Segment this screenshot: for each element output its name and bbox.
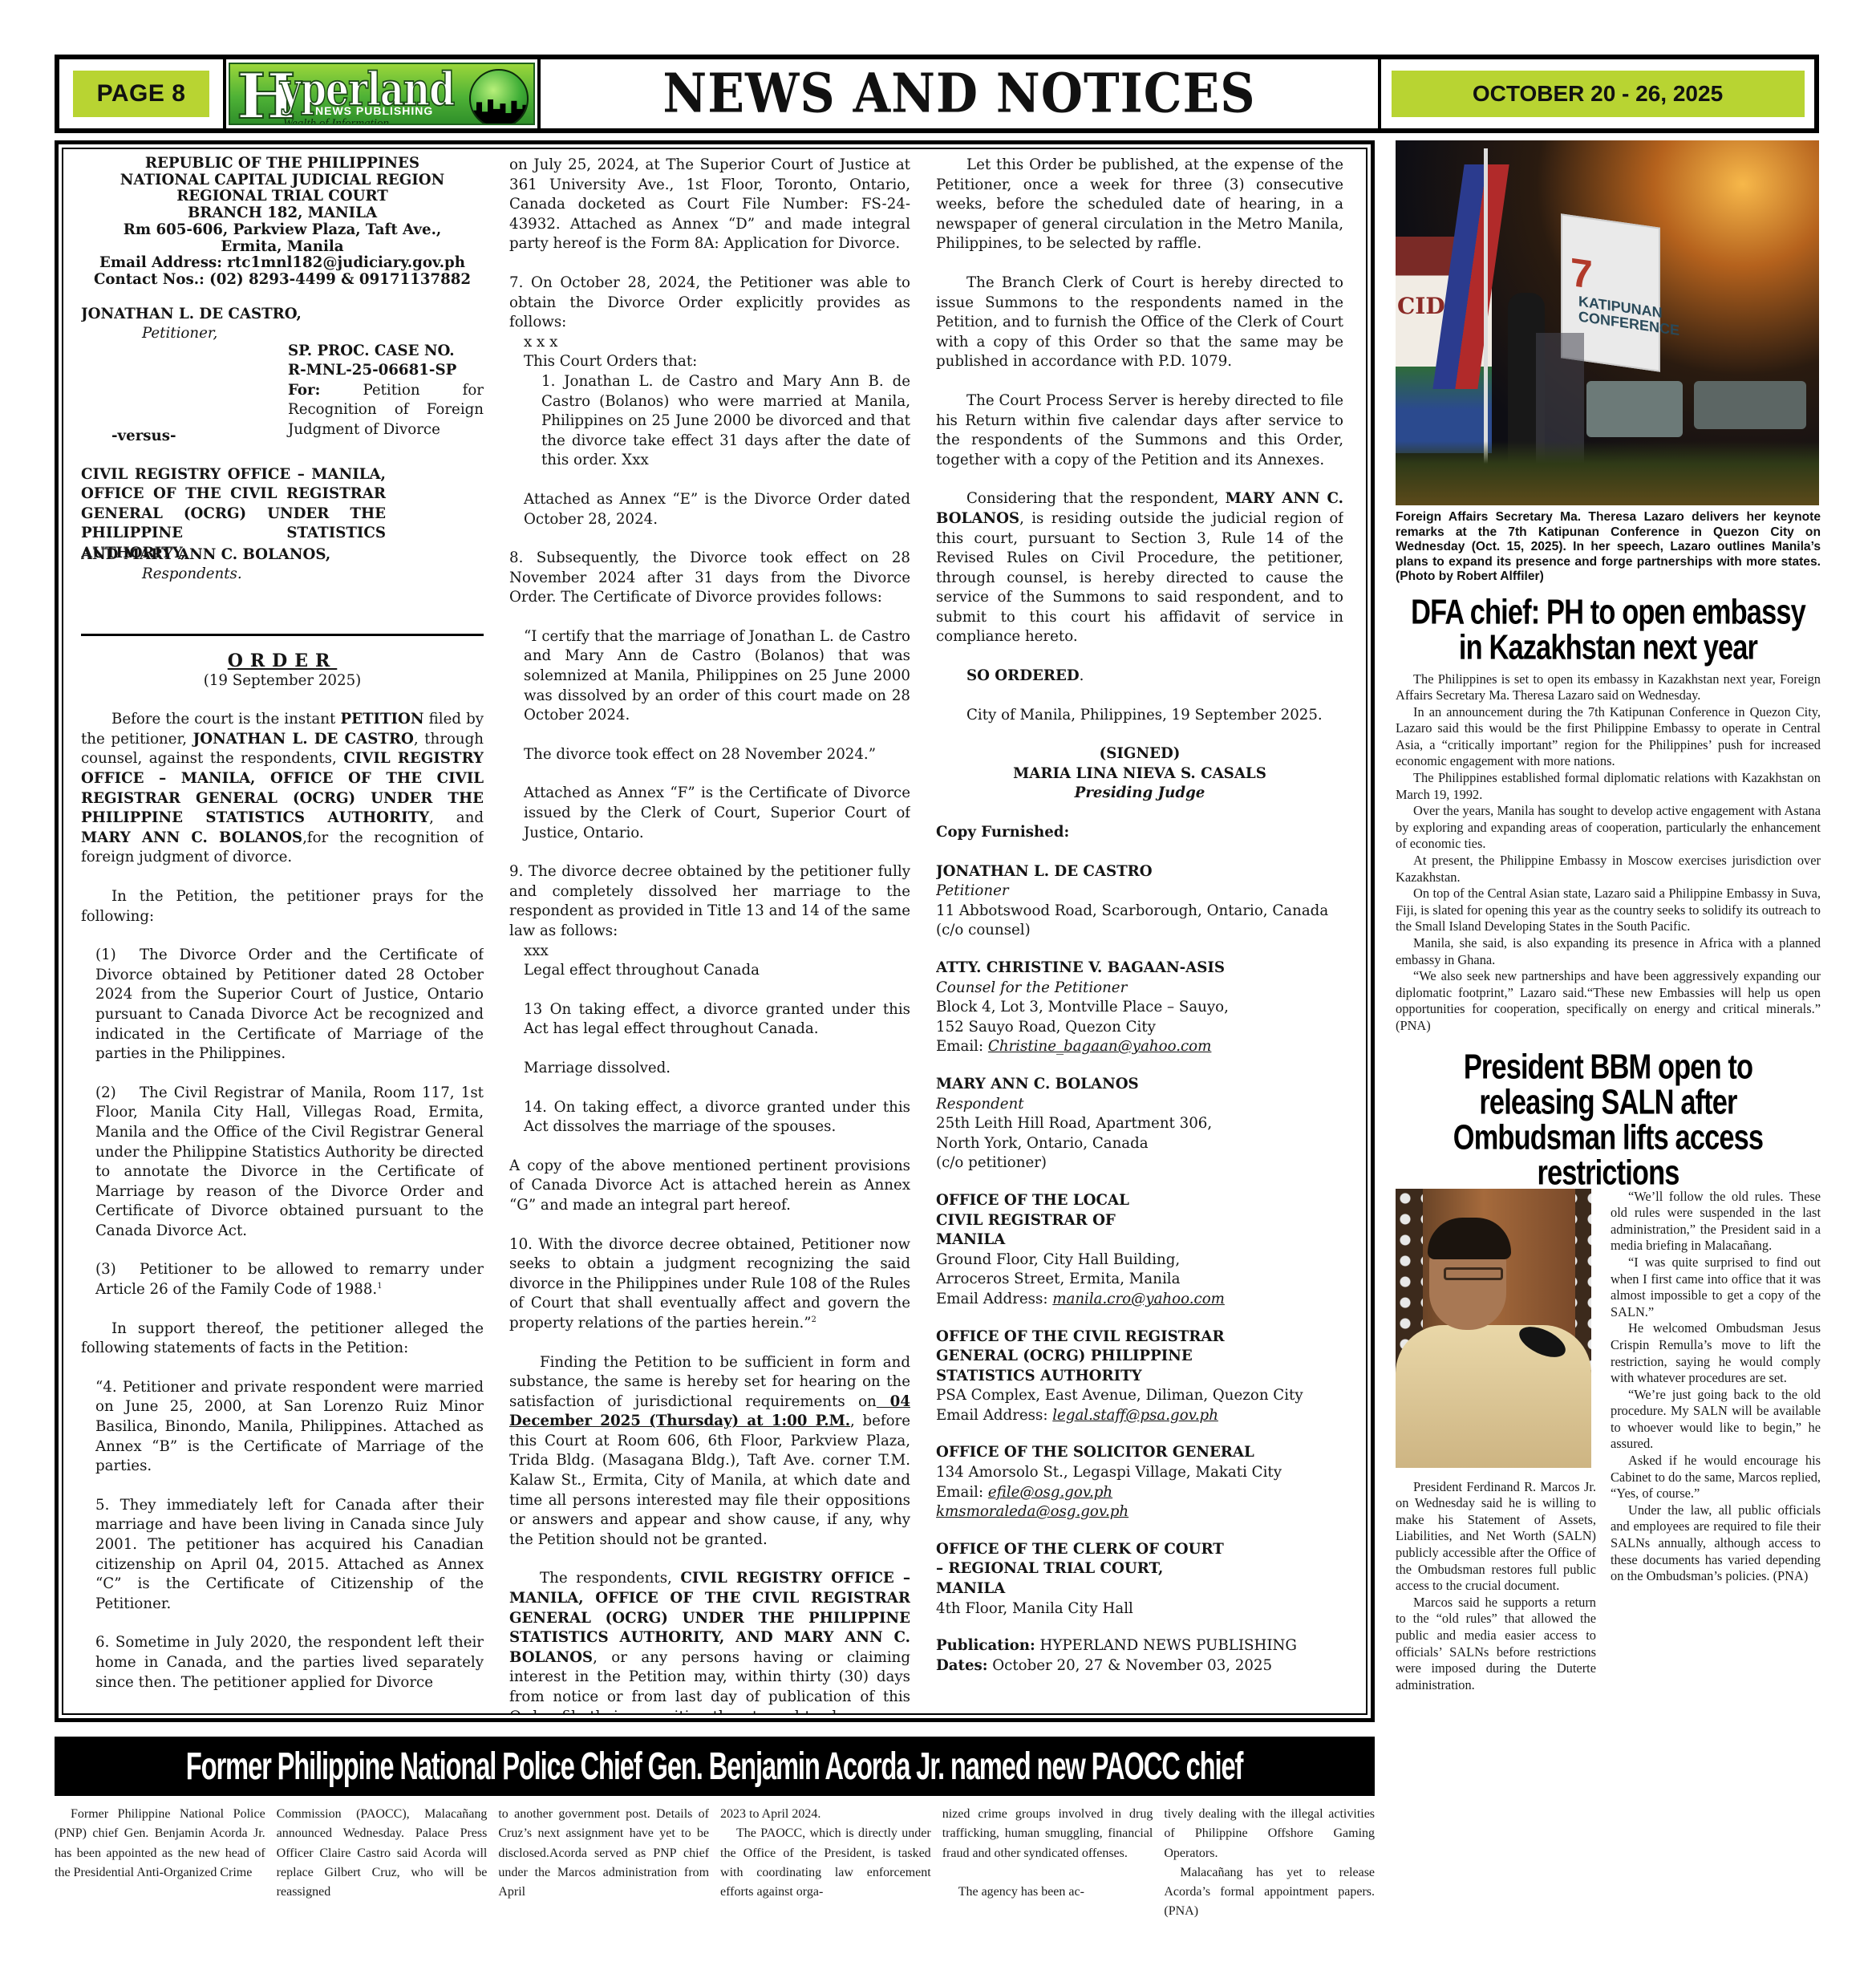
support-intro: In support thereof, the petitioner alleg… [81,1319,484,1359]
story-paragraph: Malacañang has yet to release Acorda’s f… [1164,1863,1375,1922]
story-paragraph: President Ferdinand R. Marcos Jr. on Wed… [1396,1479,1596,1595]
prayer-item: (2)The Civil Registrar of Manila, Room 1… [81,1084,484,1242]
story-paragraph: The Philippines is set to open its embas… [1396,671,1821,704]
page-number-cell: PAGE 8 [59,59,226,128]
fact-8-quote: “I certify that the marriage of Jonathan… [509,627,910,726]
court-header-line: BRANCH 182, MANILA [81,205,484,222]
fact-9-dissolved: Marriage dissolved. [509,1059,910,1079]
section-title-cell: NEWS AND NOTICES [541,59,1381,128]
publication-order-paragraph: Let this Order be published, at the expe… [936,156,1343,254]
case-subject-label: For: [288,382,320,399]
logo-subtitle: NEWS PUBLISHING [315,104,433,117]
annex-g: A copy of the above mentioned pertinent … [509,1157,910,1216]
story-paragraph: Asked if he would encourage his Cabinet … [1611,1453,1821,1502]
email-link[interactable]: manila.cro@yahoo.com [1052,1291,1225,1307]
paocc-column: tively dealing with the illegal activiti… [1164,1805,1375,1965]
fact-9: 9. The divorce decree obtained by the pe… [509,862,910,941]
fact-4: “4. Petitioner and private respondent we… [81,1378,484,1477]
fact-8: 8. Subsequently, the Divorce took effect… [509,549,910,608]
fact-6: 6. Sometime in July 2020, the respondent… [81,1633,484,1692]
publication-info: Publication: HYPERLAND NEWS PUBLISHING D… [936,1636,1343,1676]
hearing-paragraph: Finding the Petition to be sufficient in… [509,1353,910,1550]
story-paragraph: At present, the Philippine Embassy in Mo… [1396,853,1821,886]
fact-7-orders: This Court Orders that: [509,352,910,372]
case-number-label: SP. PROC. CASE NO. [288,342,484,362]
paocc-headline-banner[interactable]: Former Philippine National Police Chief … [55,1737,1375,1796]
dfa-headline[interactable]: DFA chief: PH to open embassy in Kazakhs… [1404,594,1811,665]
fact-6-continued: on July 25, 2024, at The Superior Court … [509,156,910,254]
fact-7-annex: Attached as Annex “E” is the Divorce Ord… [509,490,910,529]
court-header-line: NATIONAL CAPITAL JUDICIAL REGION [81,172,484,189]
notice-column-2: on July 25, 2024, at The Superior Court … [509,156,910,1713]
story-paragraph: The Philippines established formal diplo… [1396,770,1821,803]
footnote-marker: 1 [377,1282,382,1291]
paocc-column: Former Philippine National Police (PNP) … [55,1805,265,1965]
copy-furnished-entry: OFFICE OF THE LOCAL CIVIL REGISTRAR OF M… [936,1191,1343,1310]
case-subject: For: Petition for Recognition of Foreign… [288,381,484,440]
copy-furnished-entry: ATTY. CHRISTINE V. BAGAAN-ASIS Counsel f… [936,959,1343,1057]
photo-sofa [1586,381,1683,437]
fact-7-order-item: 1. Jonathan L. de Castro and Mary Ann B.… [509,372,910,471]
email-link[interactable]: kmsmoraleda@osg.gov.ph [936,1503,1128,1520]
bbm-story-body: President Ferdinand R. Marcos Jr. on Wed… [1396,1189,1821,1694]
story-paragraph: “We’ll follow the old rules. These old r… [1611,1189,1821,1255]
respondents-names-last: AND MARY ANN C. BOLANOS, [81,545,330,565]
judge-title: Presiding Judge [936,784,1343,804]
story-paragraph: Over the years, Manila has sought to dev… [1396,803,1821,853]
respondents-role: Respondents. [142,565,242,585]
story-paragraph: On top of the Central Asian state, Lazar… [1396,886,1821,935]
prayer-intro: In the Petition, the petitioner prays fo… [81,887,484,926]
petitioner-role: Petitioner, [142,324,217,344]
court-header-line: REPUBLIC OF THE PHILIPPINES [81,156,484,172]
story-paragraph: Manila, she said, is also expanding its … [1396,935,1821,968]
court-header-line: Rm 605-606, Parkview Plaza, Taft Ave., [81,222,484,239]
photo-glasses [1444,1267,1503,1280]
story-paragraph: nized crime groups involved in drug traf… [942,1805,1153,1863]
paocc-column: 2023 to April 2024. The PAOCC, which is … [720,1805,931,1965]
notice-column-1: REPUBLIC OF THE PHILIPPINES NATIONAL CAP… [81,156,484,1713]
legal-notice-inner: REPUBLIC OF THE PHILIPPINES NATIONAL CAP… [62,148,1367,1715]
versus-label: -versus- [111,427,176,447]
story-paragraph: Commission (PAOCC), Malacañang announced… [277,1805,488,1902]
bbm-left-text: President Ferdinand R. Marcos Jr. on Wed… [1396,1479,1596,1694]
email-link[interactable]: efile@osg.gov.ph [988,1484,1112,1501]
logo-background: H yperland NEWS PUBLISHING Wealth of Inf… [229,63,535,125]
story-paragraph: “I was quite surprised to find out when … [1611,1255,1821,1320]
paocc-headline: Former Philippine National Police Chief … [186,1744,1242,1788]
photo-foreground [1396,441,1819,505]
president-photo[interactable] [1396,1189,1591,1468]
footnote-marker: 2 [812,1315,816,1324]
story-paragraph: The PAOCC, which is directly under the O… [720,1824,931,1902]
signed-label: (SIGNED) [936,744,1343,764]
court-email: Email Address: rtc1mnl182@judiciary.gov.… [81,255,484,272]
story-paragraph: “We’re just going back to the old proced… [1611,1387,1821,1453]
story-paragraph: tively dealing with the illegal activiti… [1164,1805,1375,1863]
story-paragraph: In an announcement during the 7th Katipu… [1396,704,1821,770]
copy-furnished-entry: MARY ANN C. BOLANOS Respondent 25th Leit… [936,1075,1343,1173]
fact-7-ellipsis: x x x [509,333,910,353]
prayer-item: (1)The Divorce Order and the Certificate… [81,946,484,1064]
case-caption: JONATHAN L. DE CASTRO, Petitioner, SP. P… [81,305,484,634]
story-paragraph: The agency has been ac- [942,1883,1153,1902]
case-number-block: SP. PROC. CASE NO. R-MNL-25-06681-SP For… [288,342,484,440]
clerk-paragraph: The Branch Clerk of Court is hereby dire… [936,274,1343,372]
notice-column-3: Let this Order be published, at the expe… [936,156,1343,1713]
issue-date-badge: OCTOBER 20 - 26, 2025 [1392,71,1805,117]
process-server-paragraph: The Court Process Server is hereby direc… [936,391,1343,470]
news-sidebar: CIDS 7 KATIPUNAN CONFERENCE Foreign Affa… [1396,140,1821,1693]
bbm-headline[interactable]: President BBM open to releasing SALN aft… [1404,1049,1811,1190]
section-title: NEWS AND NOTICES [662,63,1255,125]
masthead: PAGE 8 H yperland NEWS PUBLISHING Wealth… [55,55,1819,133]
bbm-story-right-column: “We’ll follow the old rules. These old r… [1611,1189,1821,1694]
story-paragraph: Under the law, all public officials and … [1611,1502,1821,1585]
court-header: REPUBLIC OF THE PHILIPPINES NATIONAL CAP… [81,156,484,289]
logo-tagline: Wealth of Information [283,117,389,125]
prayer-item: (3)Petitioner to be allowed to remarry u… [81,1260,484,1299]
fact-9-section-13: 13 On taking effect, a divorce granted u… [509,1000,910,1040]
copy-furnished-entry: OFFICE OF THE CIVIL REGISTRAR GENERAL (O… [936,1328,1343,1426]
so-ordered: SO ORDERED. [936,667,1343,687]
legal-notice: REPUBLIC OF THE PHILIPPINES NATIONAL CAP… [55,140,1375,1722]
story-paragraph: Former Philippine National Police (PNP) … [55,1805,265,1883]
fact-7: 7. On October 28, 2024, the Petitioner w… [509,274,910,333]
copy-furnished-entry: OFFICE OF THE SOLICITOR GENERAL 134 Amor… [936,1443,1343,1522]
globe-city-icon [469,69,529,125]
photo-sofa [1694,381,1806,429]
respondents-paragraph: The respondents, CIVIL REGISTRY OFFICE –… [509,1569,910,1713]
email-link[interactable]: Christine_bagaan@yahoo.com [988,1038,1211,1055]
story-paragraph: 2023 to April 2024. [720,1805,931,1824]
publisher-logo[interactable]: H yperland NEWS PUBLISHING Wealth of Inf… [226,59,541,128]
bbm-story-left-column: President Ferdinand R. Marcos Jr. on Wed… [1396,1189,1596,1694]
fact-9-section-14: 14. On taking effect, a divorce granted … [509,1098,910,1137]
considering-paragraph: Considering that the respondent, MARY AN… [936,489,1343,647]
dfa-story-body: The Philippines is set to open its embas… [1396,671,1821,1035]
story-paragraph: Marcos said he supports a return to the … [1396,1595,1596,1694]
story-paragraph: to another government post. Details of C… [498,1805,709,1902]
email-link[interactable]: legal.staff@psa.gov.ph [1052,1407,1218,1424]
judge-name: MARIA LINA NIEVA S. CASALS [936,764,1343,784]
page-number-badge: PAGE 8 [73,71,209,117]
story-paragraph: “We also seek new partnerships and have … [1396,968,1821,1034]
fact-10: 10. With the divorce decree obtained, Pe… [509,1235,910,1334]
paocc-column: nized crime groups involved in drug traf… [942,1805,1153,1965]
intro-paragraph: Before the court is the instant PETITION… [81,710,484,868]
copy-furnished-entry: OFFICE OF THE CLERK OF COURT – REGIONAL … [936,1540,1343,1619]
fact-5: 5. They immediately left for Canada afte… [81,1496,484,1615]
copy-furnished-entry: JONATHAN L. DE CASTRO Petitioner 11 Abbo… [936,862,1343,941]
place-and-date: City of Manila, Philippines, 19 Septembe… [936,706,1343,726]
order-title: ORDER [81,651,484,671]
paocc-column: Commission (PAOCC), Malacañang announced… [277,1805,488,1965]
fact-8-effect: The divorce took effect on 28 November 2… [509,745,910,765]
conference-photo[interactable]: CIDS 7 KATIPUNAN CONFERENCE [1396,140,1819,505]
paocc-column: to another government post. Details of C… [498,1805,709,1965]
divider [81,634,484,636]
paocc-story-body: Former Philippine National Police (PNP) … [55,1805,1375,1965]
petitioner-name: JONATHAN L. DE CASTRO, [81,305,302,325]
fact-8-annex: Attached as Annex “F” is the Certificate… [509,784,910,843]
issue-date-cell: OCTOBER 20 - 26, 2025 [1381,59,1814,128]
fact-9-ellipsis: xxx [509,942,910,962]
fact-9-heading: Legal effect throughout Canada [509,961,910,981]
case-number: R-MNL-25-06681-SP [288,361,484,381]
order-date: (19 September 2025) [81,671,484,691]
court-header-line: REGIONAL TRIAL COURT [81,188,484,205]
judge-signature: (SIGNED) MARIA LINA NIEVA S. CASALS Pres… [936,744,1343,804]
photo-caption: Foreign Affairs Secretary Ma. Theresa La… [1396,510,1821,585]
court-header-line: Ermita, Manila [81,239,484,256]
story-paragraph: He welcomed Ombudsman Jesus Crispin Remu… [1611,1320,1821,1386]
court-contact: Contact Nos.: (02) 8293-4499 & 091711378… [81,272,484,289]
copy-furnished-label: Copy Furnished: [936,823,1343,843]
